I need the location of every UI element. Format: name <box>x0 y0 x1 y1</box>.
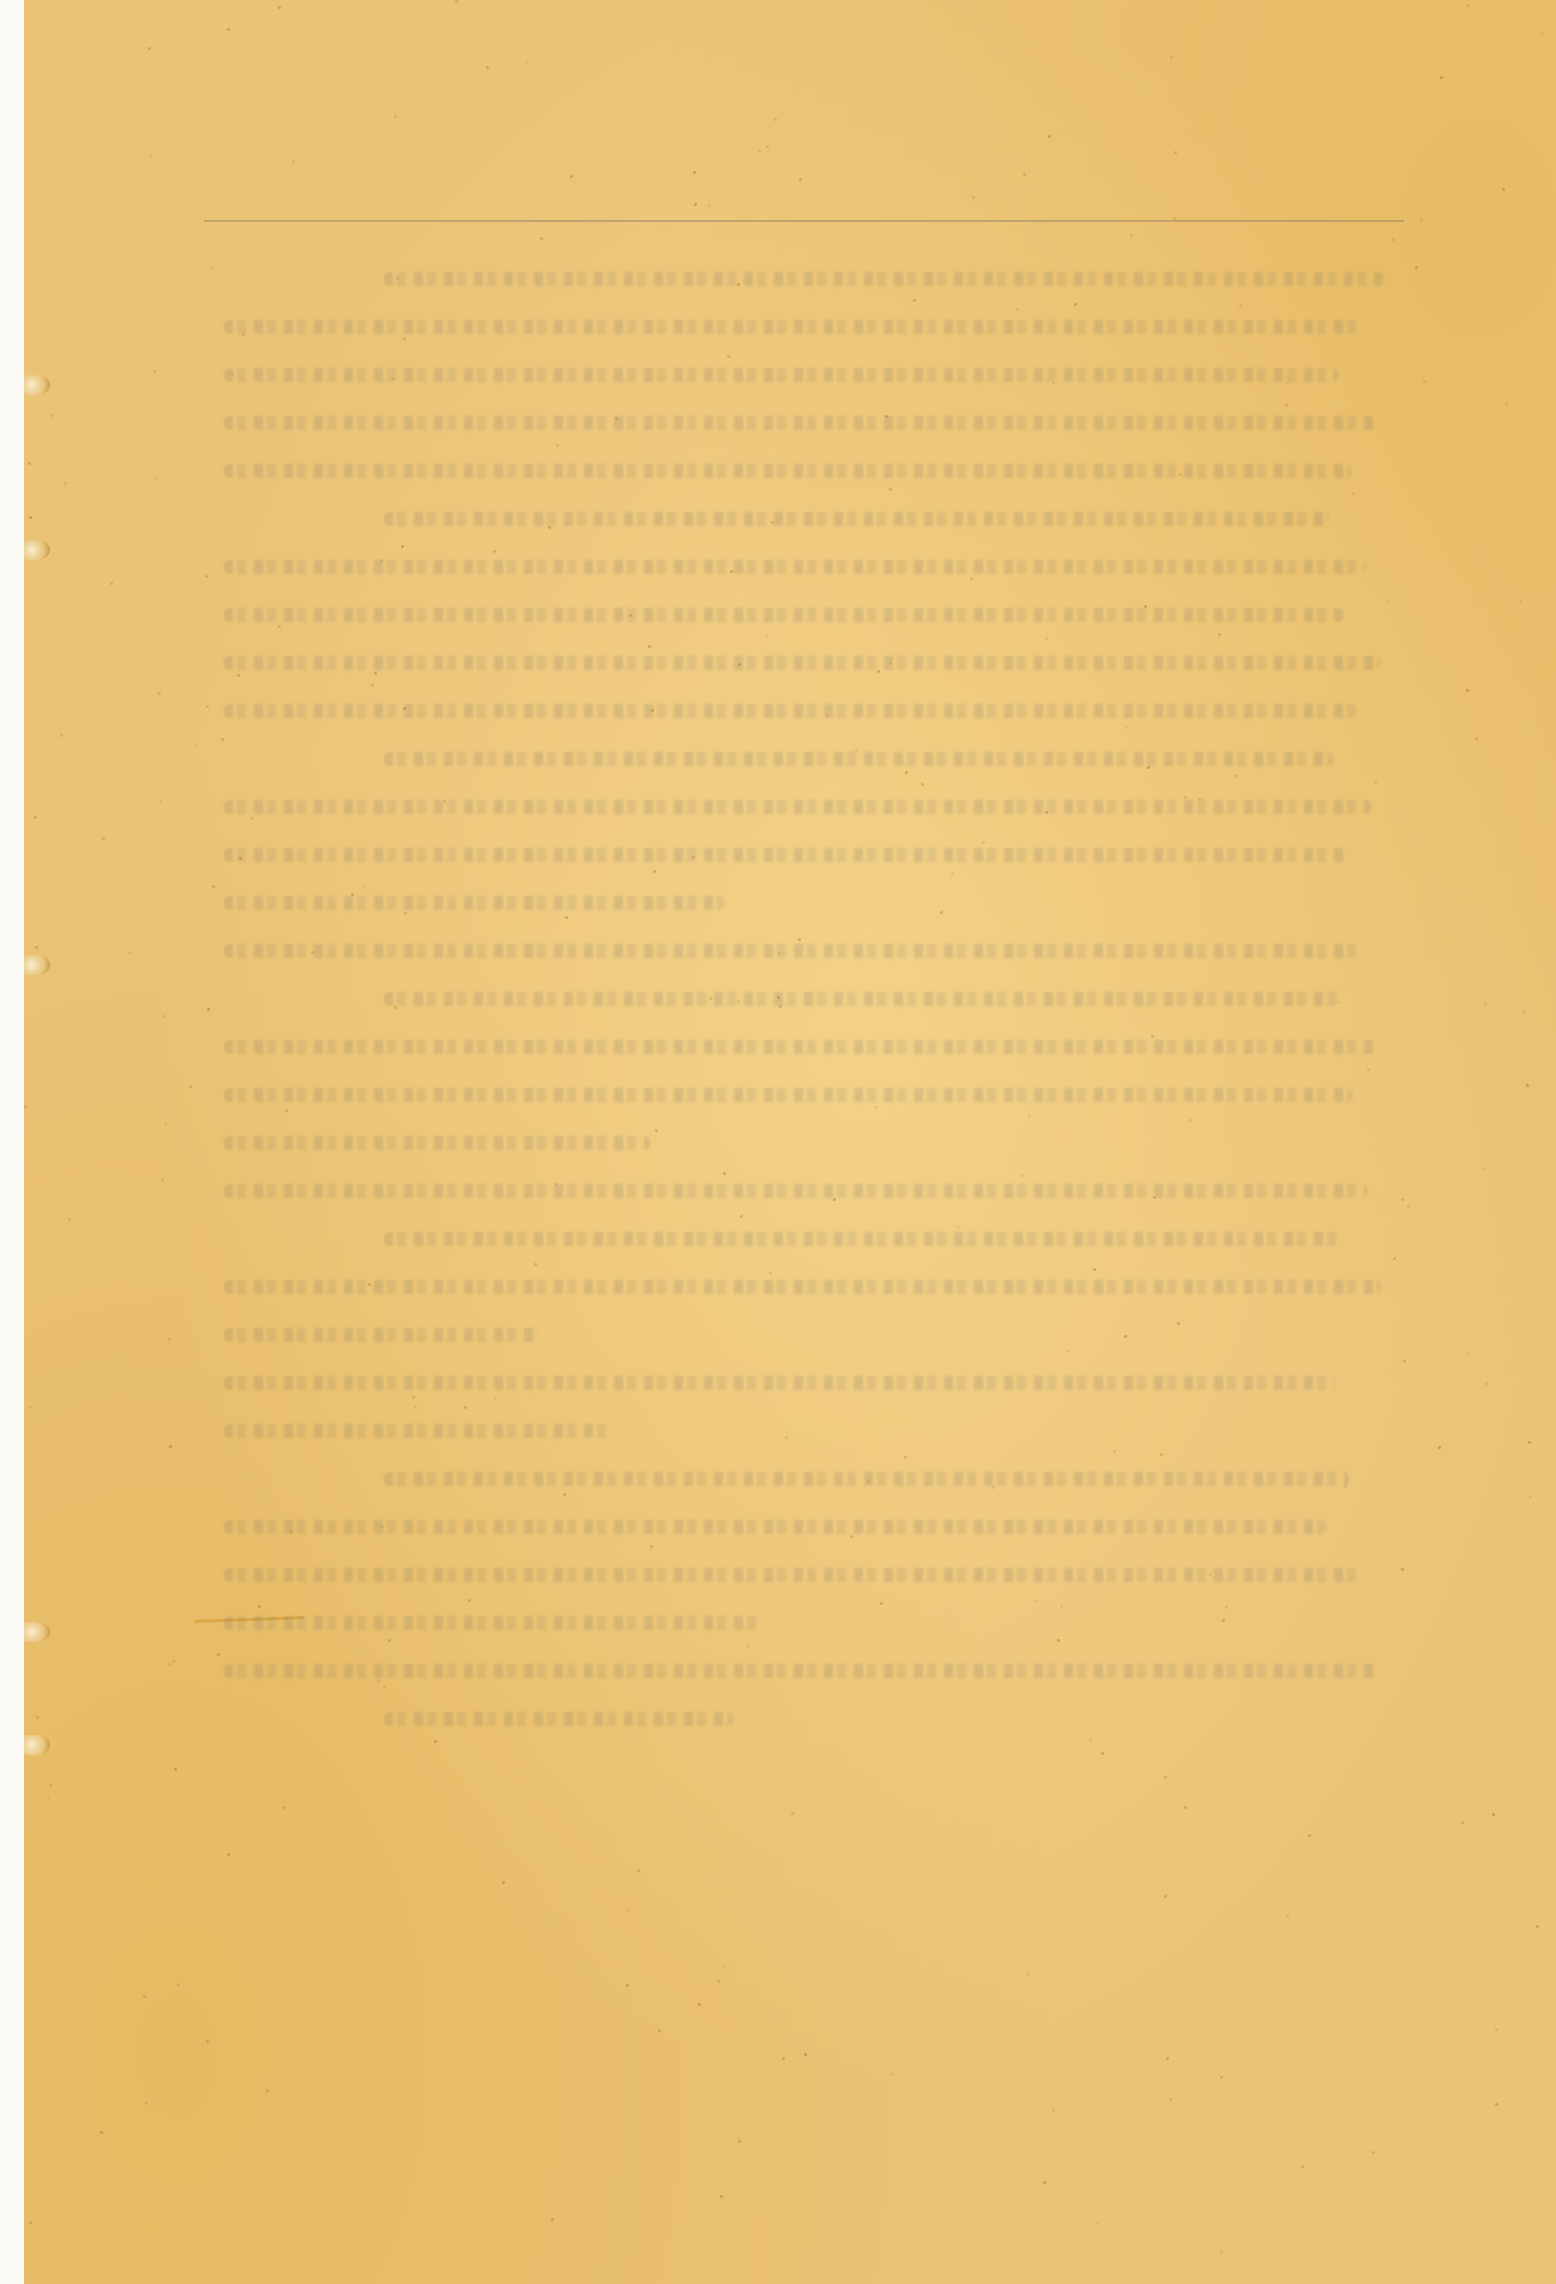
paper-speck <box>443 800 446 803</box>
paper-speck <box>1529 1495 1532 1498</box>
paper-speck <box>799 178 802 181</box>
paper-speck <box>1164 1895 1167 1898</box>
paper-speck <box>747 1645 750 1648</box>
paper-speck <box>380 559 383 562</box>
paper-speck <box>1089 1738 1092 1741</box>
paper-speck <box>177 1983 180 1986</box>
paper-speck <box>563 1493 566 1496</box>
paper-speck <box>217 1653 220 1656</box>
paper-speck <box>723 1965 726 1968</box>
paper-speck <box>1403 1360 1406 1363</box>
paper-speck <box>502 1881 505 1884</box>
paper-speck <box>905 771 908 774</box>
paper-speck <box>1184 1806 1187 1809</box>
paper-speck <box>1198 798 1201 801</box>
paper-speck <box>1124 1335 1127 1338</box>
paper-speck <box>904 1456 907 1459</box>
paper-speck <box>698 2003 701 2006</box>
paper-speck <box>381 1525 384 1528</box>
paper-speck <box>24 1105 27 1108</box>
paper-speck <box>60 734 63 737</box>
paper-speck <box>737 1000 740 1003</box>
paper-speck <box>1522 1011 1525 1014</box>
paper-speck <box>278 6 281 9</box>
bleed-text-line <box>224 800 1371 814</box>
paper-speck <box>434 1740 437 1743</box>
paper-speck <box>1021 1174 1024 1177</box>
paper-speck <box>189 1085 192 1088</box>
paper-speck <box>311 951 314 954</box>
bleed-text-line <box>384 992 1339 1006</box>
bleed-text-line <box>224 368 1338 382</box>
paper-speck <box>1220 2076 1223 2079</box>
paper-speck <box>629 614 632 617</box>
paper-speck <box>206 705 209 708</box>
paper-speck <box>153 370 156 373</box>
paper-speck <box>694 203 697 206</box>
paper-speck <box>401 545 404 548</box>
bleed-text-line <box>224 944 1362 958</box>
paper-speck <box>651 709 654 712</box>
paper-speck <box>717 1980 720 1983</box>
paper-speck <box>1337 1001 1340 1004</box>
paper-speck <box>163 1015 166 1018</box>
paper-speck <box>1045 811 1048 814</box>
paper-speck <box>49 1784 52 1787</box>
paper-speck <box>36 1716 39 1719</box>
paper-speck <box>403 337 406 340</box>
paper-speck <box>1177 1322 1180 1325</box>
paper-speck <box>1492 1813 1495 1816</box>
paper-speck <box>242 333 245 336</box>
paper-speck <box>51 414 54 417</box>
paper-speck <box>737 283 740 286</box>
paper-speck <box>250 817 253 820</box>
paper-speck <box>1130 234 1133 237</box>
paper-speck <box>765 634 768 637</box>
paper-speck <box>1023 173 1026 176</box>
paper-speck <box>227 28 230 31</box>
paper-speck <box>877 670 880 673</box>
paper-speck <box>168 1663 171 1666</box>
bleed-text-line <box>224 1616 760 1630</box>
paper-speck <box>464 1406 467 1409</box>
paper-speck <box>875 1106 878 1109</box>
bleed-text-line <box>224 1328 538 1342</box>
paper-speck <box>1174 151 1177 154</box>
paper-speck <box>414 1406 417 1409</box>
paper-speck <box>1301 2165 1304 2168</box>
paper-speck <box>174 1768 177 1771</box>
paper-speck <box>850 1535 853 1538</box>
paper-speck <box>720 2195 723 2198</box>
paper-speck <box>68 1218 71 1221</box>
paper-speck <box>957 1226 960 1229</box>
paper-speck <box>1467 4 1470 7</box>
paper-speck <box>791 1812 794 1815</box>
paper-speck <box>374 672 377 675</box>
paper-speck <box>785 1436 788 1439</box>
paper-speck <box>64 482 67 485</box>
paper-speck <box>212 885 215 888</box>
paper-speck <box>368 1283 371 1286</box>
paper-speck <box>1101 1752 1104 1755</box>
paper-speck <box>149 155 152 158</box>
paper-speck <box>921 783 924 786</box>
paper-speck <box>227 1853 230 1856</box>
paper-speck <box>1286 1914 1289 1917</box>
paper-speck <box>292 160 295 163</box>
paper-speck <box>1401 1198 1404 1201</box>
bleed-text-line <box>224 416 1375 430</box>
paper-speck <box>1113 1450 1116 1453</box>
paper-speck <box>195 744 198 747</box>
paper-speck <box>798 938 801 941</box>
paper-speck <box>1169 2098 1172 2101</box>
paper-speck <box>890 2073 893 2076</box>
paper-speck <box>493 550 496 553</box>
paper-speck <box>351 893 354 896</box>
paper-speck <box>285 1109 288 1112</box>
paper-speck <box>1048 135 1051 138</box>
paper-speck <box>363 885 366 888</box>
paper-speck <box>29 1406 32 1409</box>
paper-speck <box>653 870 656 873</box>
paper-speck <box>1285 404 1288 407</box>
paper-speck <box>1218 633 1221 636</box>
paper-speck <box>1482 1167 1485 1170</box>
paper-speck <box>1160 1453 1163 1456</box>
bleed-text-line <box>384 1232 1344 1246</box>
paper-speck <box>774 118 777 121</box>
paper-speck <box>1466 689 1469 692</box>
paper-speck <box>1060 1605 1063 1608</box>
paper-speck <box>1222 1619 1225 1622</box>
paper-speck <box>1093 1268 1096 1271</box>
binding-hole <box>24 375 50 395</box>
paper-speck <box>143 1995 146 1998</box>
bleed-text-line <box>384 1712 734 1726</box>
paper-speck <box>28 462 31 465</box>
paper-speck <box>769 1272 772 1275</box>
bleed-text-line <box>224 1664 1377 1678</box>
bleed-text-line <box>224 1184 1367 1198</box>
paper-speck <box>172 1660 175 1663</box>
paper-speck <box>221 738 224 741</box>
paper-speck <box>1528 1441 1531 1444</box>
bleed-text-line <box>224 1040 1376 1054</box>
bleed-text-line <box>224 1088 1353 1102</box>
paper-speck <box>29 516 32 519</box>
paper-speck <box>282 1806 285 1809</box>
paper-speck <box>855 749 858 752</box>
paper-speck <box>388 1639 391 1642</box>
paper-speck <box>1027 1973 1030 1976</box>
paper-speck <box>1407 1205 1410 1208</box>
binding-hole <box>24 1735 50 1755</box>
paper-speck <box>1286 382 1289 385</box>
paper-speck <box>396 277 399 280</box>
paper-speck <box>231 373 234 376</box>
paper-speck <box>727 355 730 358</box>
paper-speck <box>1239 304 1242 307</box>
paper-speck <box>1440 76 1443 79</box>
paper-speck <box>548 526 551 529</box>
header-rule-bleed <box>204 220 1404 222</box>
paper-speck <box>239 857 242 860</box>
bleed-text-line <box>224 656 1380 670</box>
paper-speck <box>1423 380 1426 383</box>
paper-speck <box>1052 2109 1055 2112</box>
paper-speck <box>738 663 741 666</box>
paper-speck <box>211 266 214 269</box>
paper-speck <box>1536 1925 1539 1928</box>
paper-speck <box>1519 600 1522 603</box>
paper-speck <box>1067 1350 1070 1353</box>
paper-speck <box>278 625 281 628</box>
paper-speck <box>555 1183 558 1186</box>
paper-speck <box>951 872 954 875</box>
paper-speck <box>1173 217 1176 220</box>
bleed-text-line <box>224 320 1361 334</box>
paper-speck <box>392 377 395 380</box>
paper-speck <box>556 444 559 447</box>
paper-speck <box>1495 2028 1498 2031</box>
paper-speck <box>377 1679 380 1682</box>
paper-speck <box>972 196 975 199</box>
paper-speck <box>394 115 397 118</box>
paper-speck <box>648 645 651 648</box>
paper-speck <box>889 662 892 665</box>
paper-speck <box>486 66 489 69</box>
paper-speck <box>1401 1568 1404 1571</box>
paper-speck <box>723 1172 726 1175</box>
paper-speck <box>885 415 888 418</box>
paper-speck <box>1184 796 1187 799</box>
paper-speck <box>1052 382 1055 385</box>
paper-speck <box>1505 403 1508 406</box>
paper-speck <box>1235 774 1238 777</box>
paper-speck <box>1074 303 1077 306</box>
paper-speck <box>1415 266 1418 269</box>
paper-speck <box>404 912 407 915</box>
binding-hole <box>24 540 50 560</box>
bleed-text-line <box>384 512 1329 526</box>
paper-page <box>24 0 1556 2284</box>
paper-speck <box>290 1530 293 1533</box>
paper-speck <box>468 1599 471 1602</box>
paper-speck <box>145 2102 148 2105</box>
paper-speck <box>889 488 892 491</box>
paper-speck <box>1344 1485 1347 1488</box>
paper-speck <box>1164 1776 1167 1779</box>
paper-speck <box>1045 637 1048 640</box>
paper-speck <box>833 1198 836 1201</box>
bleed-text-line <box>384 752 1334 766</box>
binding-hole <box>24 1622 50 1642</box>
paper-speck <box>637 1869 640 1872</box>
paper-speck <box>1153 1196 1156 1199</box>
paper-speck <box>168 1338 171 1341</box>
paper-speck <box>551 2218 554 2221</box>
paper-speck <box>738 2140 741 2143</box>
paper-speck <box>266 2089 269 2092</box>
paper-speck <box>867 1480 870 1483</box>
paper-speck <box>159 800 162 803</box>
paper-speck <box>982 841 985 844</box>
paper-speck <box>880 1602 883 1605</box>
paper-speck <box>940 911 943 914</box>
paper-speck <box>1166 2057 1169 2060</box>
paper-speck <box>110 582 113 585</box>
paper-speck <box>1367 1068 1370 1071</box>
paper-speck <box>237 674 240 677</box>
paper-speck <box>1144 605 1147 608</box>
paper-speck <box>650 1545 653 1548</box>
paper-speck <box>403 707 406 710</box>
paper-speck <box>782 2057 785 2060</box>
paper-speck <box>992 1486 995 1489</box>
paper-speck <box>692 856 695 859</box>
paper-speck <box>658 2029 661 2032</box>
paper-speck <box>826 714 829 717</box>
paper-speck <box>494 1397 497 1400</box>
paper-speck <box>1352 492 1355 495</box>
paper-speck <box>709 997 712 1000</box>
paper-speck <box>540 237 543 240</box>
paper-speck <box>34 816 37 819</box>
paper-speck <box>740 1215 743 1218</box>
paper-speck <box>534 1263 537 1266</box>
paper-speck <box>1374 781 1377 784</box>
paper-speck <box>148 47 151 50</box>
paper-speck <box>1125 726 1128 729</box>
paper-speck <box>1151 1035 1154 1038</box>
paper-speck <box>526 62 529 65</box>
paper-speck <box>1461 1821 1464 1824</box>
paper-speck <box>164 1123 167 1126</box>
paper-speck <box>1028 1115 1031 1118</box>
paper-speck <box>1035 1599 1038 1602</box>
paper-speck <box>778 952 781 955</box>
bleed-text-line <box>224 896 725 910</box>
paper-speck <box>570 175 573 178</box>
paper-speck <box>615 417 618 420</box>
paper-speck <box>1475 737 1478 740</box>
paper-speck <box>1220 2250 1223 2253</box>
bleed-text-line <box>224 1424 612 1438</box>
bleed-text-line <box>224 608 1343 622</box>
paper-speck <box>913 299 916 302</box>
paper-speck <box>1484 1003 1487 1006</box>
paper-speck <box>205 575 208 578</box>
paper-speck <box>161 1179 164 1182</box>
bleed-text-line <box>224 464 1352 478</box>
paper-speck <box>565 916 568 919</box>
paper-speck <box>47 1796 50 1799</box>
paper-speck <box>1179 473 1182 476</box>
paper-speck <box>1225 1606 1228 1609</box>
paper-speck <box>1209 1573 1212 1576</box>
bleed-text-line <box>384 272 1384 286</box>
paper-speck <box>1057 1639 1060 1642</box>
paper-speck <box>693 171 696 174</box>
paper-speck <box>371 684 374 687</box>
paper-speck <box>970 577 973 580</box>
paper-speck <box>100 2131 103 2134</box>
paper-speck <box>29 2221 32 2224</box>
paper-speck <box>1420 219 1423 222</box>
paper-speck <box>1502 188 1505 191</box>
paper-speck <box>1393 1257 1396 1260</box>
bleed-text-line <box>224 704 1357 718</box>
paper-speck <box>169 1445 172 1448</box>
paper-speck <box>102 837 105 840</box>
paper-speck <box>1485 1382 1488 1385</box>
paper-speck <box>1096 2222 1099 2225</box>
paper-speck <box>35 946 38 949</box>
paper-speck <box>128 951 131 954</box>
paper-speck <box>1189 1119 1192 1122</box>
paper-speck <box>394 1006 397 1009</box>
paper-speck <box>154 477 157 480</box>
paper-speck <box>626 1909 629 1912</box>
paper-speck <box>1541 32 1544 35</box>
binding-hole <box>24 955 50 975</box>
paper-speck <box>779 1005 782 1008</box>
paper-speck <box>1495 2103 1498 2106</box>
paper-speck <box>730 570 733 573</box>
paper-speck <box>1438 1446 1441 1449</box>
bleed-text-line <box>224 560 1366 574</box>
paper-speck <box>1308 1834 1311 1837</box>
paper-speck <box>708 204 711 207</box>
paper-speck <box>758 150 761 153</box>
paper-speck <box>1392 238 1395 241</box>
paper-speck <box>1372 2151 1375 2154</box>
paper-speck <box>258 1605 261 1608</box>
paper-speck <box>626 1984 629 1987</box>
paper-speck <box>1526 1084 1529 1087</box>
paper-speck <box>777 996 780 999</box>
bleed-text-line <box>224 848 1348 862</box>
paper-speck <box>655 1129 658 1132</box>
paper-speck <box>771 521 774 524</box>
paper-speck <box>1466 1352 1469 1355</box>
paper-speck <box>207 1008 210 1011</box>
paper-speck <box>206 2040 209 2043</box>
paper-speck <box>455 0 458 3</box>
paper-speck <box>1170 56 1173 59</box>
scan-margin <box>0 0 24 2284</box>
paper-speck <box>1043 2181 1046 2184</box>
bleed-text-line <box>224 1520 1326 1534</box>
bleed-text-line <box>224 1376 1335 1390</box>
paper-speck <box>766 145 769 148</box>
paper-speck <box>383 1686 386 1689</box>
bleed-text-line <box>384 1472 1349 1486</box>
paper-speck <box>1016 308 1019 311</box>
bleed-text-line <box>224 1568 1363 1582</box>
paper-speck <box>1147 766 1150 769</box>
paper-speck <box>1386 600 1389 603</box>
bleed-text-line <box>224 1136 650 1150</box>
paper-speck <box>412 1396 415 1399</box>
paper-speck <box>158 692 161 695</box>
paper-speck <box>804 2053 807 2056</box>
bleed-text-line <box>224 1280 1381 1294</box>
